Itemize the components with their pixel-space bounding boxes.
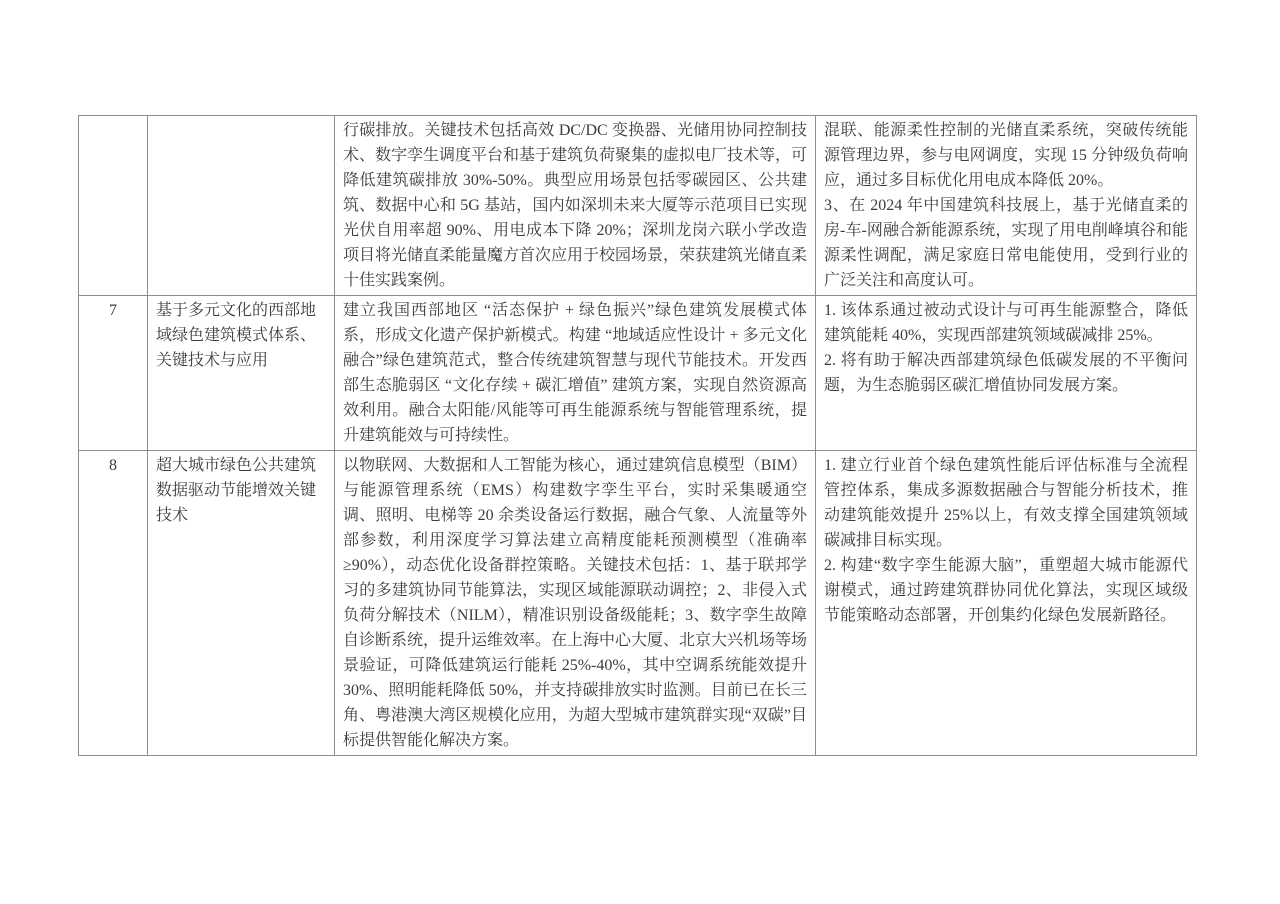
result-paragraph: 2. 将有助于解决西部建筑绿色低碳发展的不平衡问题，为生态脆弱区碳汇增值协同发展… — [824, 348, 1188, 398]
description-cell: 建立我国西部地区 “活态保护 + 绿色振兴”绿色建筑发展模式体系，形成文化遗产保… — [335, 296, 816, 451]
row-number-cell: 8 — [79, 451, 148, 756]
result-paragraph: 2. 构建“数字孪生能源大脑”，重塑超大城市能源代谢模式，通过跨建筑群协同优化算… — [824, 553, 1188, 628]
results-cell: 1. 该体系通过被动式设计与可再生能源整合，降低建筑能耗 40%，实现西部建筑领… — [816, 296, 1197, 451]
description-cell: 以物联网、大数据和人工智能为核心，通过建筑信息模型（BIM）与能源管理系统（EM… — [335, 451, 816, 756]
description-text: 行碳排放。关键技术包括高效 DC/DC 变换器、光储用协同控制技术、数字孪生调度… — [343, 118, 807, 293]
project-title-cell: 超大城市绿色公共建筑数据驱动节能增效关键技术 — [148, 451, 335, 756]
result-paragraph: 1. 该体系通过被动式设计与可再生能源整合，降低建筑能耗 40%，实现西部建筑领… — [824, 298, 1188, 348]
description-text: 建立我国西部地区 “活态保护 + 绿色振兴”绿色建筑发展模式体系，形成文化遗产保… — [343, 298, 807, 448]
results-cell: 1. 建立行业首个绿色建筑性能后评估标准与全流程管控体系，集成多源数据融合与智能… — [816, 451, 1197, 756]
description-cell: 行碳排放。关键技术包括高效 DC/DC 变换器、光储用协同控制技术、数字孪生调度… — [335, 116, 816, 296]
document-page: 行碳排放。关键技术包括高效 DC/DC 变换器、光储用协同控制技术、数字孪生调度… — [0, 0, 1280, 904]
result-paragraph: 3、在 2024 年中国建筑科技展上，基于光储直柔的房-车-网融合新能源系统，实… — [824, 193, 1188, 293]
row-number-cell: 7 — [79, 296, 148, 451]
result-paragraph: 混联、能源柔性控制的光储直柔系统，突破传统能源管理边界，参与电网调度，实现 15… — [824, 118, 1188, 193]
project-title-cell — [148, 116, 335, 296]
description-text: 以物联网、大数据和人工智能为核心，通过建筑信息模型（BIM）与能源管理系统（EM… — [343, 453, 807, 753]
table-row-7: 7 基于多元文化的西部地域绿色建筑模式体系、关键技术与应用 建立我国西部地区 “… — [79, 296, 1197, 451]
table-row-continuation: 行碳排放。关键技术包括高效 DC/DC 变换器、光储用协同控制技术、数字孪生调度… — [79, 116, 1197, 296]
results-cell: 混联、能源柔性控制的光储直柔系统，突破传统能源管理边界，参与电网调度，实现 15… — [816, 116, 1197, 296]
table-row-8: 8 超大城市绿色公共建筑数据驱动节能增效关键技术 以物联网、大数据和人工智能为核… — [79, 451, 1197, 756]
row-number-cell — [79, 116, 148, 296]
achievements-table: 行碳排放。关键技术包括高效 DC/DC 变换器、光储用协同控制技术、数字孪生调度… — [78, 115, 1197, 756]
result-paragraph: 1. 建立行业首个绿色建筑性能后评估标准与全流程管控体系，集成多源数据融合与智能… — [824, 453, 1188, 553]
project-title-cell: 基于多元文化的西部地域绿色建筑模式体系、关键技术与应用 — [148, 296, 335, 451]
